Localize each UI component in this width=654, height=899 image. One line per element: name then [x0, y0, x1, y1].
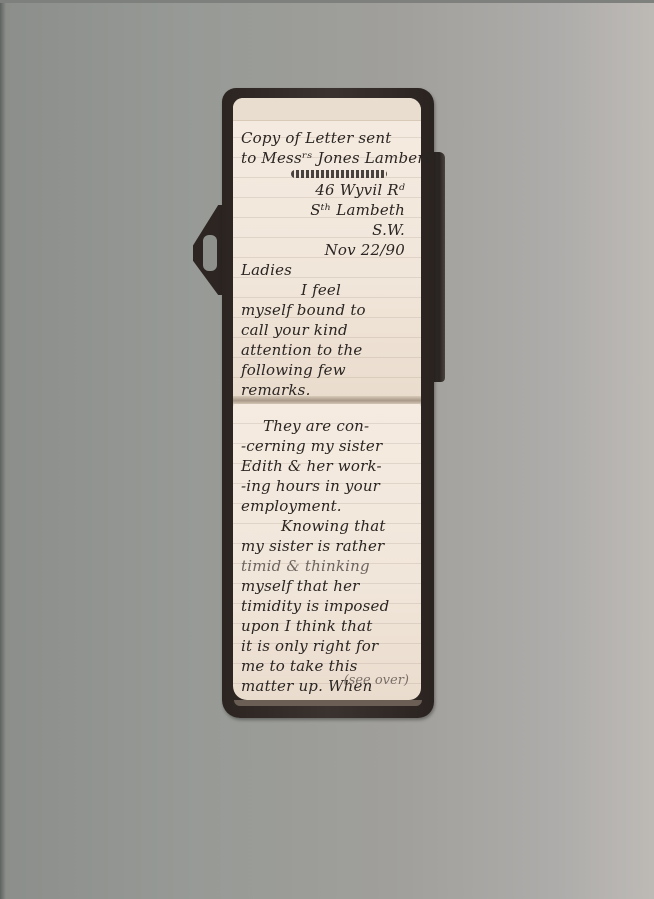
letter-date: Nov 22/90	[241, 240, 411, 260]
notebook-page-top: Copy of Letter sent to Messʳˢ Jones Lamb…	[233, 98, 421, 398]
letter-salutation: Ladies	[241, 260, 411, 280]
body-line: it is only right for	[241, 636, 413, 656]
page-header-band	[233, 98, 421, 121]
body-line: following few	[241, 360, 411, 380]
letter-heading: Copy of Letter sent	[241, 128, 411, 148]
address-street: 46 Wyvil Rᵈ	[241, 180, 411, 200]
page-block-edge	[234, 700, 422, 706]
notebook-page-bottom: They are con- -cerning my sister Edith &…	[233, 404, 421, 700]
body-line: my sister is rather	[241, 536, 413, 556]
letter-recipient: to Messʳˢ Jones Lambert	[241, 148, 411, 168]
body-line: call your kind	[241, 320, 411, 340]
body-line: timidity is imposed	[241, 596, 413, 616]
body-line: -cerning my sister	[241, 436, 413, 456]
body-line: timid & thinking	[241, 556, 413, 576]
address-postal: S.W.	[241, 220, 411, 240]
body-line: attention to the	[241, 340, 411, 360]
see-over-note: (see over)	[344, 673, 409, 688]
body-line: -ing hours in your	[241, 476, 413, 496]
body-line: myself bound to	[241, 300, 411, 320]
strap-loop-hole	[203, 235, 217, 271]
body-line: employment.	[241, 496, 413, 516]
scan-edge-top	[0, 0, 654, 3]
body-line: I feel	[241, 280, 411, 300]
scan-edge	[0, 0, 6, 899]
body-line: They are con-	[241, 416, 413, 436]
decorative-underline	[291, 170, 387, 178]
address-district: Sᵗʰ Lambeth	[241, 200, 411, 220]
body-line: Edith & her work-	[241, 456, 413, 476]
body-line: Knowing that	[241, 516, 413, 536]
body-line: myself that her	[241, 576, 413, 596]
body-line: upon I think that	[241, 616, 413, 636]
